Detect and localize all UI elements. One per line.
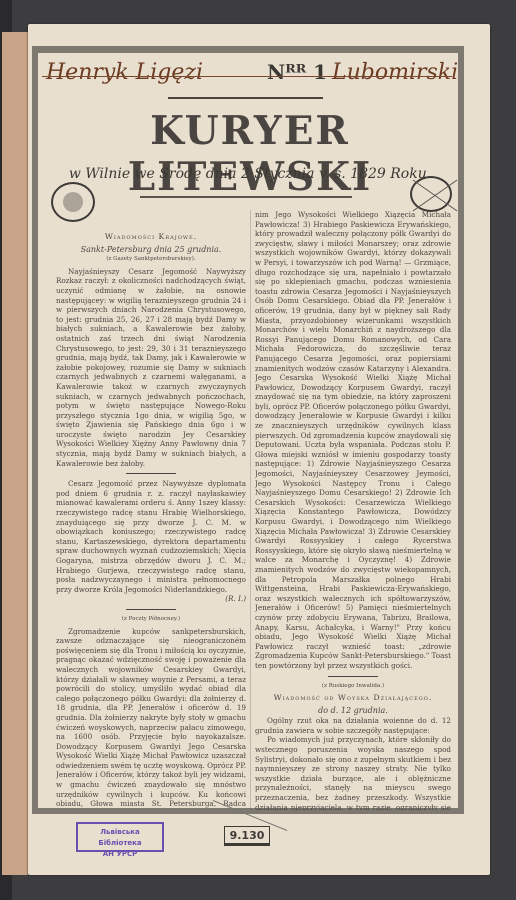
article-separator [328,676,378,677]
section-heading: Wiadomości Krajowe. [56,232,246,242]
shelfmark-label: 9.130 [224,826,270,846]
article-source: (z Ruskiego Inwalida.) [255,682,451,692]
handwritten-underline [42,76,452,77]
library-stamp-line-1: Львівська Бібліотека [78,827,162,849]
article-column-right: nim Jego Wysokości Wielkiego Xiązęcia Mi… [255,210,451,810]
section-heading: Wiadomość od Woyska Działającego. [255,693,451,703]
article-dateline: Sankt-Petersburg dnia 25 grudnia. [56,245,246,255]
handwritten-text-right: Lubomirski [332,60,458,85]
article-subheading: do d. 12 grudnia. [255,706,451,716]
library-ownership-stamp: Львівська Бібліотека АН УРСР [76,822,164,852]
header-rule-bottom [140,196,352,198]
issue-dateline: w Wilnie we Srodę dnia 2 Stycznia v. s. … [40,166,460,182]
article-separator [126,609,176,610]
article-separator [126,473,176,474]
article-paragraph: Nayjaśnieyszy Cesarz Jegomość Naywyższy … [56,267,246,468]
round-ink-stamp-left [51,182,95,222]
book-binding-edge [2,32,28,875]
issue-number: Nᴿᴿ 1 [267,60,327,84]
article-column-left: Wiadomości Krajowe. Sankt-Petersburg dni… [56,230,246,810]
article-paragraph: nim Jego Wysokości Wielkiego Xiązęcia Mi… [255,210,451,671]
masthead-title: KURYER LITEWSKI [40,108,460,200]
handwritten-owner-inscription: Henryk Ligęzi Nᴿᴿ 1 Lubomirski [42,60,442,90]
article-paragraph: Zgromadzenie kupców sankpetersburskich, … [56,627,246,810]
article-paragraph: Cesarz Jegomość przez Naywyższe dyplomat… [56,479,246,594]
stamp-emblem-icon [63,192,83,212]
handwritten-text-left: Henryk Ligęzi [46,60,203,85]
article-source: (z Gazety Sanktpetersburskiey). [56,255,246,265]
column-divider [250,210,251,810]
round-ink-stamp-right-cancelled [410,176,452,212]
header-rule-top [168,97,323,99]
article-source: (z Poczty Północney.) [56,615,246,625]
library-stamp-line-2: АН УРСР [78,849,162,860]
article-paragraph: Ogólny rzut oka na działania woienne do … [255,716,451,735]
article-paragraph: Po wiadomych już przyczynach, które skło… [255,735,451,810]
article-signature: (R. I.) [56,594,246,604]
